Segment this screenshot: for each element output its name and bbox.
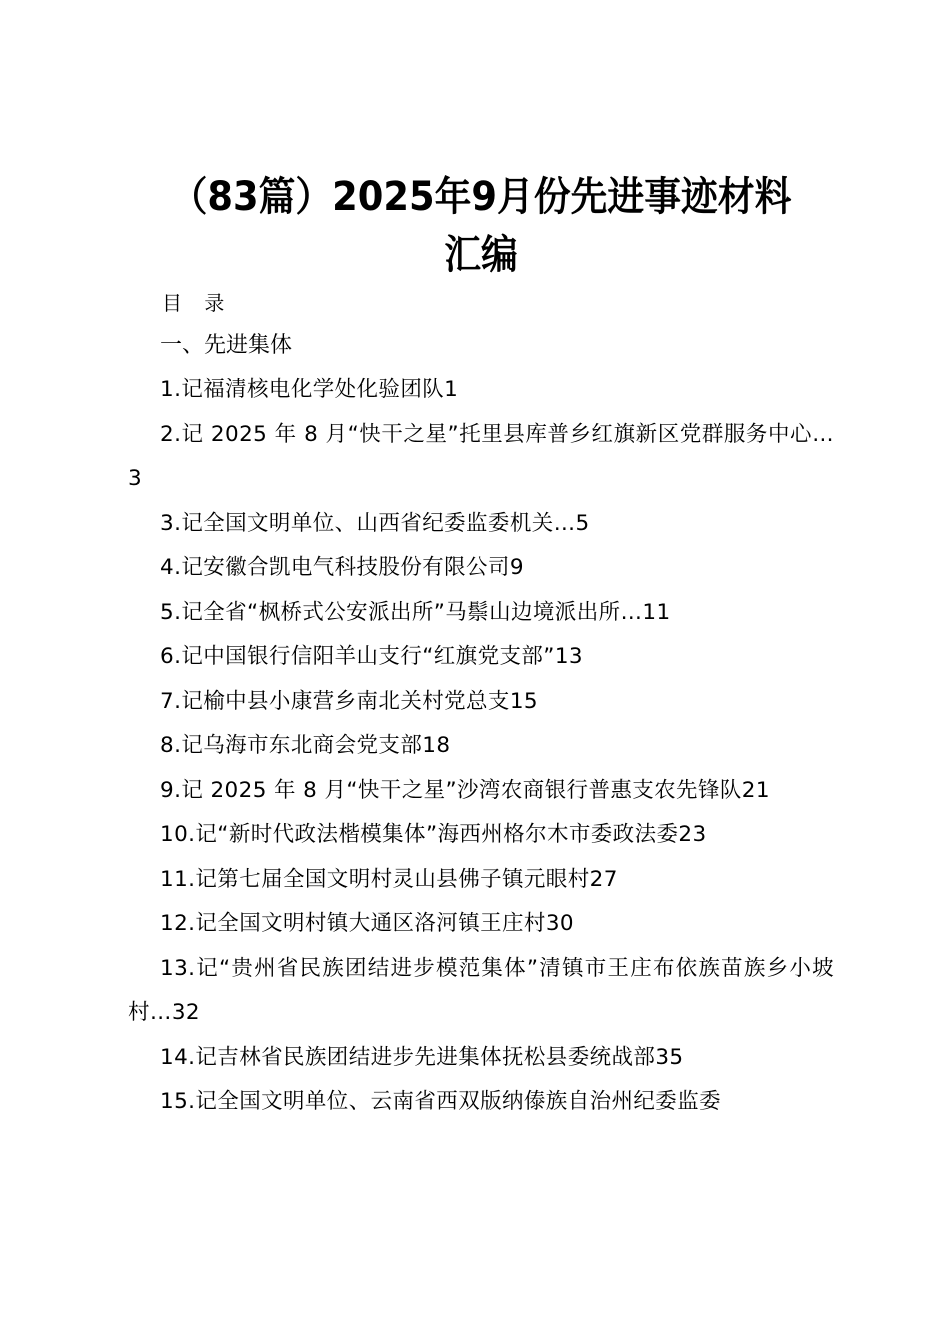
toc-item[interactable]: 6.记中国银行信阳羊山支行“红旗党支部”13 [128,635,834,680]
toc-label: 目 录 [128,288,834,318]
toc-item-page: 5 [576,511,590,536]
document-page: （83篇）2025年9月份先进事迹材料 汇编 目 录 一、先进集体 1.记福清核… [128,168,834,1125]
toc-item-text: 记全国文明单位、云南省西双版纳傣族自治州纪委监委 [195,1089,721,1114]
section-heading: 一、先进集体 [128,324,834,368]
toc-item-number: 7. [160,689,181,714]
toc-item-page: 32 [172,1000,200,1025]
table-of-contents: 1.记福清核电化学处化验团队1 2.记 2025 年 8 月“快干之星”托里县库… [128,368,834,1125]
toc-item-text: 记乌海市东北商会党支部 [181,733,422,758]
toc-item[interactable]: 4.记安徽合凯电气科技股份有限公司9 [128,546,834,591]
toc-item[interactable]: 14.记吉林省民族团结进步先进集体抚松县委统战部35 [128,1036,834,1081]
toc-item-text: 记中国银行信阳羊山支行“红旗党支部” [181,644,554,669]
toc-item[interactable]: 9.记 2025 年 8 月“快干之星”沙湾农商银行普惠支农先锋队21 [128,769,834,814]
toc-item[interactable]: 10.记“新时代政法楷模集体”海西州格尔木市委政法委23 [128,813,834,858]
toc-item-text: 记全国文明村镇大通区洛河镇王庄村 [195,911,545,936]
toc-item-text: 记吉林省民族团结进步先进集体抚松县委统战部 [195,1045,655,1070]
toc-item-number: 12. [160,911,195,936]
toc-item-number: 11. [160,867,195,892]
toc-item-number: 6. [160,644,181,669]
toc-item-page: 18 [422,733,450,758]
toc-item-number: 1. [160,377,181,402]
toc-item-number: 15. [160,1089,195,1114]
toc-item-page: 3 [128,466,142,491]
toc-item-text: 记榆中县小康营乡南北关村党总支 [181,689,510,714]
toc-item-page: 15 [510,689,538,714]
toc-item-text: 记安徽合凯电气科技股份有限公司 [181,555,510,580]
document-title: （83篇）2025年9月份先进事迹材料 汇编 [156,168,806,284]
toc-item-text: 记 2025 年 8 月“快干之星”沙湾农商银行普惠支农先锋队 [181,778,741,803]
title-line-2: 汇编 [156,226,806,284]
toc-item[interactable]: 3.记全国文明单位、山西省纪委监委机关…5 [128,502,834,547]
toc-item[interactable]: 15.记全国文明单位、云南省西双版纳傣族自治州纪委监委 [128,1080,834,1125]
toc-item-number: 2. [160,422,181,447]
toc-item-page: 30 [546,911,574,936]
toc-item-text: 记福清核电化学处化验团队 [181,377,444,402]
toc-item-text: 记“新时代政法楷模集体”海西州格尔木市委政法委 [195,822,678,847]
toc-item-page: 9 [510,555,524,580]
toc-item-page: 13 [555,644,583,669]
toc-item-page: 1 [444,377,458,402]
toc-item[interactable]: 13.记“贵州省民族团结进步模范集体”清镇市王庄布依族苗族乡小坡村…32 [128,947,834,1036]
toc-item[interactable]: 11.记第七届全国文明村灵山县佛子镇元眼村27 [128,858,834,903]
toc-item-number: 10. [160,822,195,847]
toc-item[interactable]: 8.记乌海市东北商会党支部18 [128,724,834,769]
toc-item-page: 11 [642,600,670,625]
toc-item-number: 14. [160,1045,195,1070]
toc-item-number: 8. [160,733,181,758]
toc-item-number: 13. [160,956,195,981]
toc-item-number: 5. [160,600,181,625]
toc-item-text: 记 2025 年 8 月“快干之星”托里县库普乡红旗新区党群服务中心… [181,422,834,447]
toc-item-number: 9. [160,778,181,803]
toc-item-page: 35 [655,1045,683,1070]
toc-item[interactable]: 7.记榆中县小康营乡南北关村党总支15 [128,680,834,725]
toc-item-text: 记第七届全国文明村灵山县佛子镇元眼村 [195,867,589,892]
toc-item[interactable]: 5.记全省“枫桥式公安派出所”马鬃山边境派出所…11 [128,591,834,636]
toc-item-page: 23 [678,822,706,847]
toc-item[interactable]: 2.记 2025 年 8 月“快干之星”托里县库普乡红旗新区党群服务中心…3 [128,413,834,502]
toc-item[interactable]: 1.记福清核电化学处化验团队1 [128,368,834,413]
toc-item-number: 4. [160,555,181,580]
toc-item-text: 记全省“枫桥式公安派出所”马鬃山边境派出所… [181,600,642,625]
toc-item-page: 21 [742,778,770,803]
toc-item-text: 记“贵州省民族团结进步模范集体”清镇市王庄布依族苗族乡小坡村… [128,956,834,1026]
toc-item-text: 记全国文明单位、山西省纪委监委机关… [181,511,575,536]
toc-item-number: 3. [160,511,181,536]
toc-item-page: 27 [590,867,618,892]
title-line-1: （83篇）2025年9月份先进事迹材料 [156,168,806,226]
toc-item[interactable]: 12.记全国文明村镇大通区洛河镇王庄村30 [128,902,834,947]
